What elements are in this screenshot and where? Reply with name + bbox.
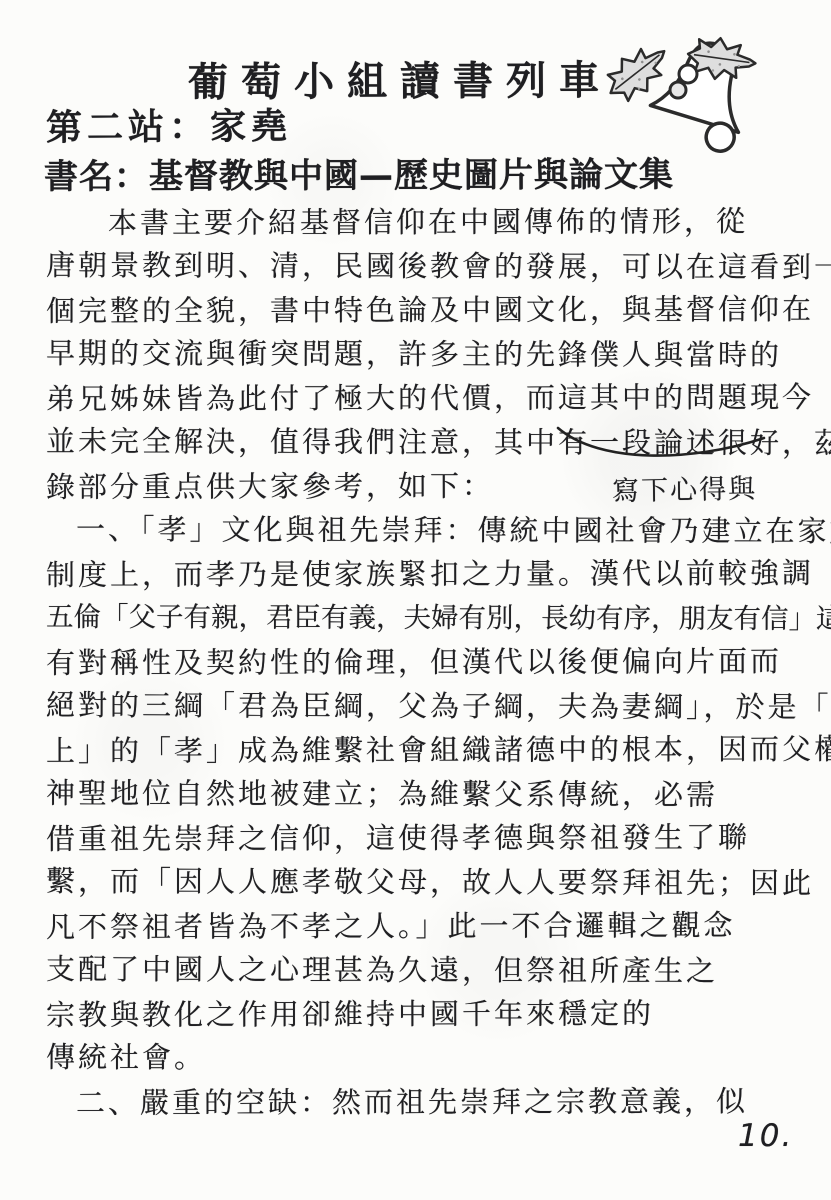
body-line: 早期的交流與衝突問題，許多主的先鋒僕人與當時的 [46, 331, 794, 377]
station-line: 第二站：家堯 [46, 98, 292, 151]
book-title-line: 書名：基督教與中國—歷史圖片與論文集 [44, 147, 674, 198]
body-line: 弟兄姊妹皆為此付了極大的代價，而這其中的問題現今 [46, 375, 794, 421]
body-line: 上」的「孝」成為維繫社會組織諸德中的根本，因而父權 [46, 727, 794, 773]
body-line: 凡不祭祖者皆為不孝之人。」此一不合邏輯之觀念 [46, 903, 794, 949]
body-line: 一、「孝」文化與祖先崇拜：傳統中國社會乃建立在家族 [46, 507, 794, 553]
body-line: 五倫「父子有親，君臣有義，夫婦有別，長幼有序，朋友有信」這種 [46, 595, 794, 641]
body-line: 唐朝景教到明、清，民國後教會的發展，可以在這看到一 [46, 243, 794, 289]
body-line: 傳統社會。 [46, 1035, 794, 1081]
body-line: 有對稱性及契約性的倫理，但漢代以後便偏向片面而 [46, 639, 794, 685]
body-line: 繫，而「因人人應孝敬父母，故人人要祭拜祖先；因此 [46, 859, 794, 905]
body-line: 二、嚴重的空缺：然而祖先崇拜之宗教意義，似 [46, 1079, 794, 1125]
body-line: 借重祖先崇拜之信仰，這使得孝德與祭祖發生了聯 [46, 815, 794, 861]
body-line: 神聖地位自然地被建立；為維繫父系傳統，必需 [46, 771, 794, 817]
body-line: 宗教與教化之作用卻維持中國千年來穩定的 [46, 991, 794, 1037]
body-line: 支配了中國人之心理甚為久遠，但祭祖所產生之 [46, 947, 794, 993]
body-line: 制度上，而孝乃是使家族緊扣之力量。漢代以前較強調 [46, 551, 794, 597]
margin-annotation: 寫下心得與 [612, 467, 758, 509]
page-number: 10. [738, 1118, 793, 1154]
body-line: 本書主要介紹基督信仰在中國傳佈的情形，從 [46, 199, 794, 245]
body-line: 個完整的全貌，書中特色論及中國文化，與基督信仰在 [46, 287, 794, 333]
scanned-page: 葡萄小組讀書列車 第二站：家堯 書名：基督教與中國—歷史圖片與論文集 本書主要介… [0, 0, 831, 1200]
handwritten-body: 本書主要介紹基督信仰在中國傳佈的情形，從 唐朝景教到明、清，民國後教會的發展，可… [46, 200, 794, 1124]
body-line: 絕對的三綱「君為臣綱，父為子綱，夫為妻綱」，於是「下對 [46, 683, 794, 729]
